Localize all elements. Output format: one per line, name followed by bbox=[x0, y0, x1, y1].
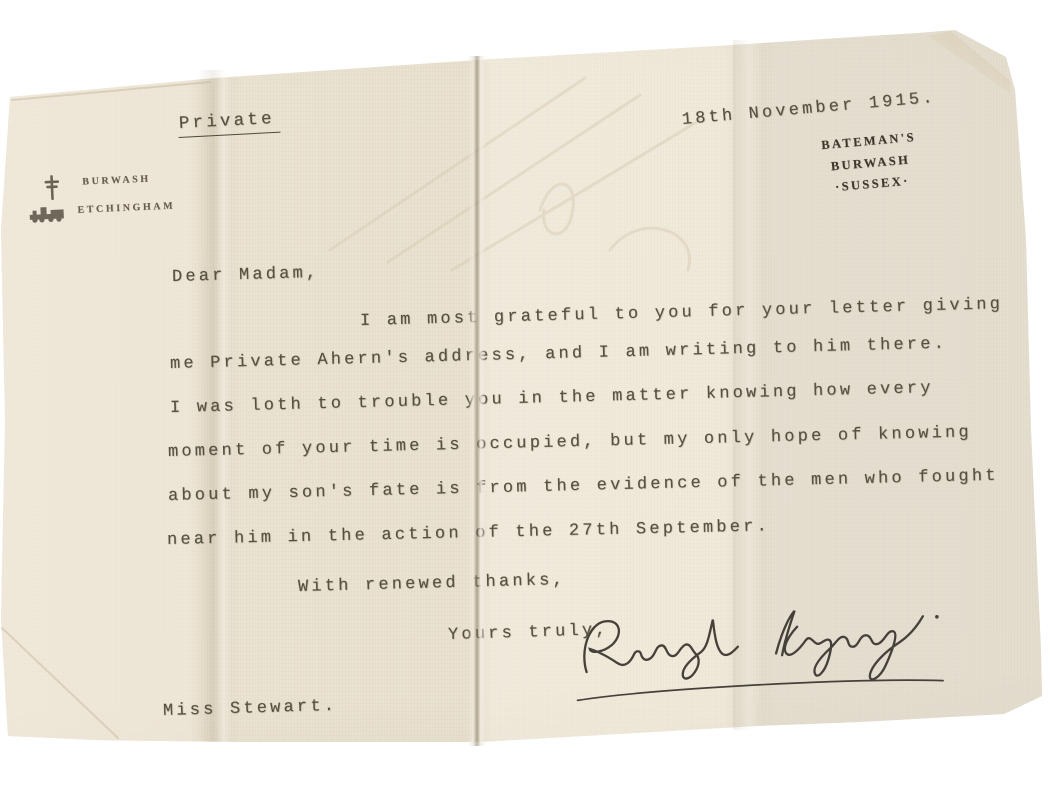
station-name-railway: ETCHINGHAM bbox=[77, 201, 175, 216]
telegraph-icon bbox=[44, 175, 60, 202]
signature-handwriting bbox=[570, 592, 952, 710]
signature-dot bbox=[935, 615, 939, 619]
signature-first-name-stroke bbox=[583, 617, 739, 682]
letterhead-crest: BURWASH ETCHINGHAM bbox=[26, 168, 218, 234]
signature-last-name-stroke bbox=[775, 606, 925, 682]
signature-underline bbox=[577, 678, 943, 701]
train-icon bbox=[27, 202, 74, 224]
letter-photograph: Private 18th November 1915. BATEMAN'S BU… bbox=[0, 0, 1050, 788]
station-name-telegraph: BURWASH bbox=[82, 174, 151, 188]
